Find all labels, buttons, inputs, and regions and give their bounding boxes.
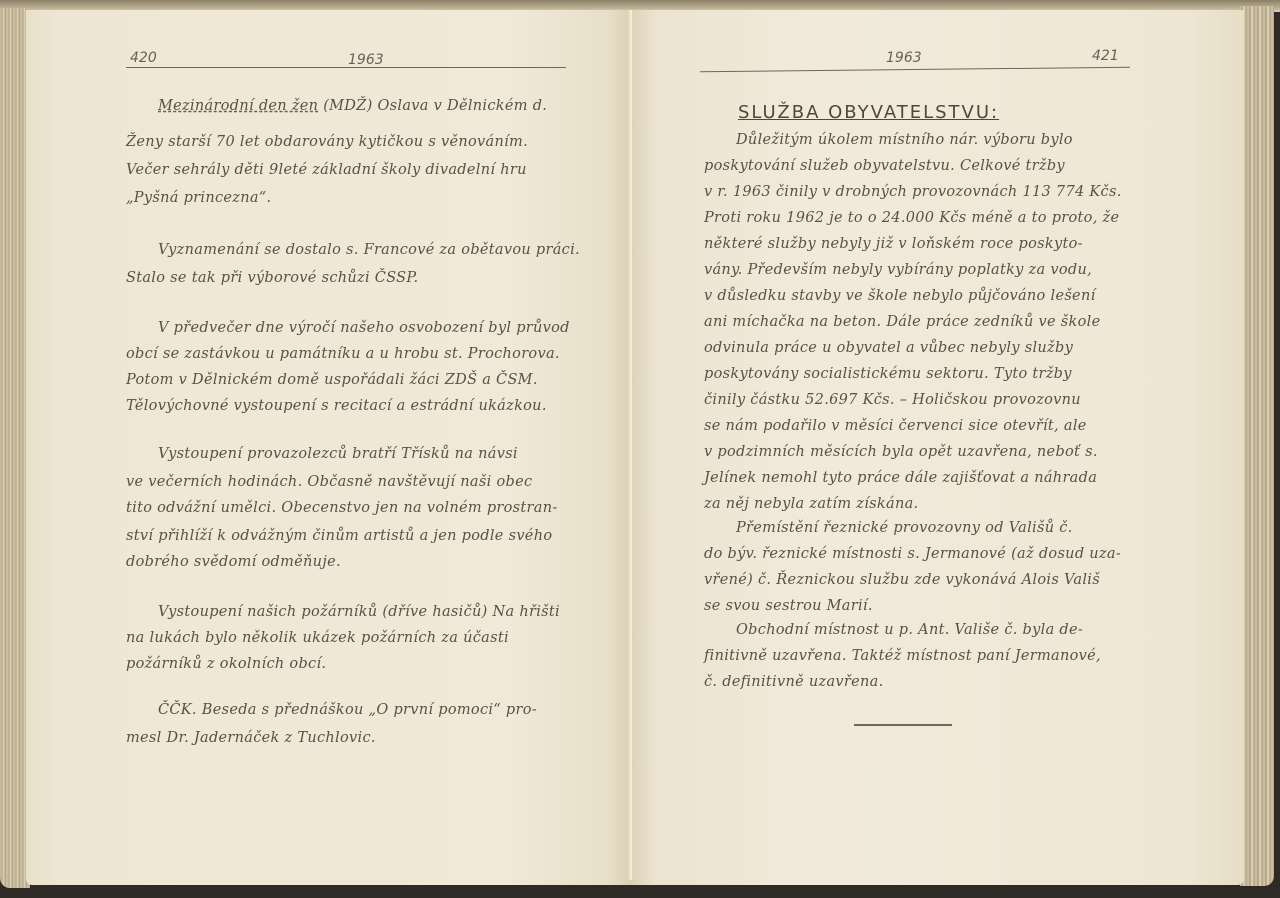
text-line: Vystoupení našich požárníků (dříve hasič… (158, 604, 560, 620)
text-line: Stalo se tak při výborové schůzi ČSSP. (126, 270, 418, 286)
text-line: Tělovýchovné vystoupení s recitací a est… (126, 398, 547, 414)
text-line: v podzimních měsících byla opět uzavřena… (704, 444, 1098, 460)
text-line: ani míchačka na beton. Dále práce zedník… (704, 314, 1101, 330)
text-line: Mezinárodní den žen (MDŽ) Oslava v Dělni… (158, 98, 547, 114)
line-rest: (MDŽ) Oslava v Dělnickém d. (318, 98, 547, 114)
text-line: Důležitým úkolem místního nár. výboru by… (736, 132, 1073, 148)
text-line: poskytování služeb obyvatelstvu. Celkové… (704, 158, 1065, 174)
text-line: č. definitivně uzavřena. (704, 674, 884, 690)
text-line: Vystoupení provazolezců bratří Třísků na… (158, 446, 518, 462)
section-end-rule (854, 724, 952, 726)
text-line: „Pyšná princezna“. (126, 190, 271, 206)
right-year-header: 1963 (886, 50, 922, 66)
text-line: ve večerních hodinách. Občasně navštěvuj… (126, 474, 532, 490)
text-line: v r. 1963 činily v drobných provozovnách… (704, 184, 1122, 200)
text-line: Večer sehrály děti 9leté základní školy … (126, 162, 527, 178)
section-title: SLUŽBA OBYVATELSTVU: (738, 102, 999, 123)
left-header-rule (126, 67, 566, 68)
right-page-stack (1240, 6, 1274, 886)
underlined-heading: Mezinárodní den žen (158, 98, 318, 114)
text-line: Přemístění řeznické provozovny od Vališů… (736, 520, 1073, 536)
right-page-number: 421 (1092, 48, 1119, 64)
text-line: Proti roku 1962 je to o 24.000 Kčs méně … (704, 210, 1119, 226)
text-line: se svou sestrou Marií. (704, 598, 873, 614)
text-line: mesl Dr. Jadernáček z Tuchlovic. (126, 730, 376, 746)
text-line: Potom v Dělnickém domě uspořádali žáci Z… (126, 372, 538, 388)
text-line: za něj nebyla zatím získána. (704, 496, 918, 512)
text-line: V předvečer dne výročí našeho osvobození… (158, 320, 570, 336)
text-line: Ženy starší 70 let obdarovány kytičkou s… (126, 134, 528, 150)
text-line: požárníků z okolních obcí. (126, 656, 326, 672)
text-line: ství přihlíží k odvážným činům artistů a… (126, 528, 552, 544)
text-line: ČČK. Beseda s přednáškou „O první pomoci… (158, 702, 537, 718)
text-line: Vyznamenání se dostalo s. Francové za ob… (158, 242, 580, 258)
text-line: poskytovány socialistickému sektoru. Tyt… (704, 366, 1072, 382)
right-header-rule (700, 67, 1130, 73)
text-line: dobrého svědomí odměňuje. (126, 554, 341, 570)
text-line: vány. Především nebyly vybírány poplatky… (704, 262, 1092, 278)
text-line: do býv. řeznické místnosti s. Jermanové … (704, 546, 1121, 562)
text-line: vřené) č. Řeznickou službu zde vykonává … (704, 572, 1100, 588)
left-page: 420 1963 Mezinárodní den žen (MDŽ) Oslav… (26, 10, 632, 885)
text-line: obcí se zastávkou u památníku a u hrobu … (126, 346, 560, 362)
text-line: v důsledku stavby ve škole nebylo půjčov… (704, 288, 1096, 304)
left-page-number: 420 (130, 50, 157, 66)
left-year-header: 1963 (348, 52, 384, 68)
text-line: se nám podařilo v měsíci červenci sice o… (704, 418, 1087, 434)
right-page: 1963 421 SLUŽBA OBYVATELSTVU: Důležitým … (632, 10, 1244, 885)
text-line: Jelínek nemohl tyto práce dále zajišťova… (704, 470, 1097, 486)
text-line: na lukách bylo několik ukázek požárních … (126, 630, 509, 646)
text-line: Obchodní místnost u p. Ant. Vališe č. by… (736, 622, 1083, 638)
text-line: odvinula práce u obyvatel a vůbec nebyly… (704, 340, 1073, 356)
text-line: tito odvážní umělci. Obecenstvo jen na v… (126, 500, 558, 516)
text-line: některé služby nebyly již v loňském roce… (704, 236, 1083, 252)
text-line: finitivně uzavřena. Taktéž místnost paní… (704, 648, 1101, 664)
open-book: 420 1963 Mezinárodní den žen (MDŽ) Oslav… (0, 0, 1280, 898)
text-line: činily částku 52.697 Kčs. – Holičskou pr… (704, 392, 1081, 408)
